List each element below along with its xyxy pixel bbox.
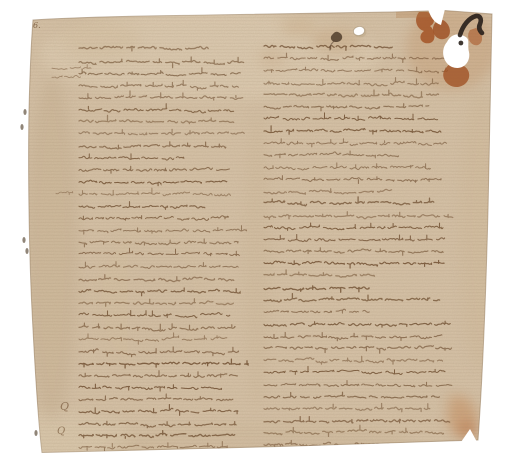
manuscript-photo: 6.QQ [0,0,510,476]
manuscript-canvas: 6.QQ [0,0,510,476]
edge-nick [25,248,28,254]
marginal-mark: Q [60,400,69,413]
black-dot [459,41,464,46]
edge-nick [20,124,23,130]
edge-nick [34,430,37,436]
edge-nick [22,237,25,243]
marginal-mark: Q [57,426,65,437]
marginal-mark: 6. [33,21,41,30]
edge-nick [23,109,26,115]
